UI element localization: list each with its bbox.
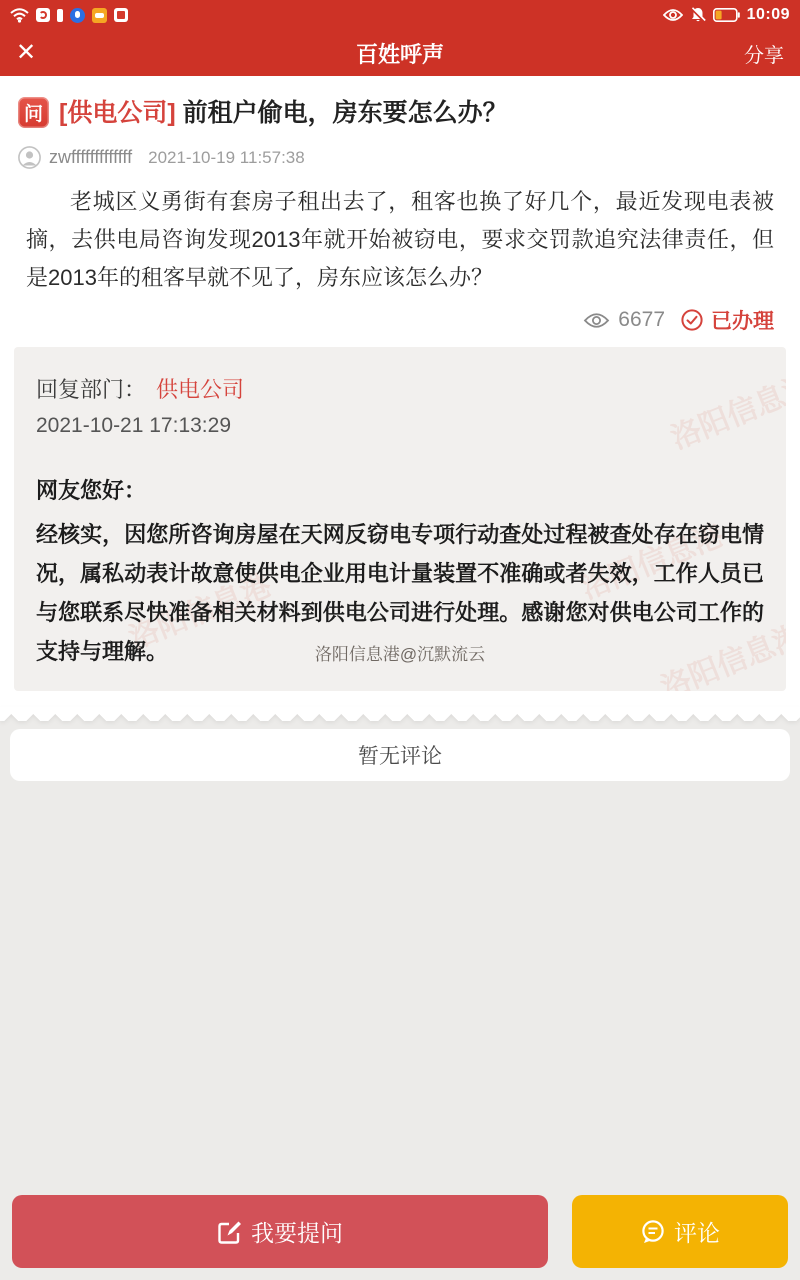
- eye-protection-icon: [663, 8, 683, 22]
- reply-dept-row: 回复部门：供电公司: [36, 373, 764, 404]
- question-stats: 6677 已办理: [0, 297, 800, 335]
- comment-button[interactable]: 评论: [572, 1195, 788, 1268]
- notification-game-icon: [92, 8, 107, 23]
- close-icon[interactable]: ✕: [16, 41, 36, 65]
- zigzag-edge: [0, 707, 800, 721]
- question-body: 老城区义勇街有套房子租出去了，租客也换了好几个，最近发现电表被摘，去供电局咨询发…: [0, 169, 800, 297]
- notification-location-icon: [70, 8, 85, 23]
- status-time: 10:09: [747, 6, 790, 24]
- share-button[interactable]: 分享: [744, 39, 784, 68]
- views-count: 6677: [618, 308, 665, 332]
- department-tag[interactable]: [供电公司]: [59, 99, 176, 127]
- reply-greeting: 网友您好：: [36, 474, 764, 505]
- status-bar-right: 10:09: [663, 6, 790, 24]
- battery-icon: [713, 8, 740, 22]
- question-title-text: 前租户偷电，房东要怎么办？: [183, 99, 508, 127]
- status-badge: 已办理: [711, 305, 774, 335]
- ask-question-label: 我要提问: [251, 1215, 343, 1248]
- compose-icon: [217, 1219, 243, 1245]
- notification-sync-icon: [36, 8, 50, 22]
- username: zwfffffffffffff: [49, 147, 132, 168]
- notification-app-icon: [114, 8, 128, 22]
- ask-question-button[interactable]: 我要提问: [12, 1195, 548, 1268]
- notification-bar-icon: [57, 9, 63, 22]
- footer-bar: 我要提问 评论: [0, 1195, 800, 1280]
- question-card: 问 [供电公司] 前租户偷电，房东要怎么办？ zwfffffffffffff 2…: [0, 76, 800, 707]
- reply-timestamp: 2021-10-21 17:13:29: [36, 414, 764, 438]
- reply-dept-label: 回复部门：: [36, 377, 146, 402]
- reply-box: 洛阳信息港 洛阳信息港 洛阳信息港 洛阳信息港 回复部门：供电公司 2021-1…: [14, 347, 786, 691]
- question-title-row: 问 [供电公司] 前租户偷电，房东要怎么办？: [0, 76, 800, 130]
- wifi-icon: [10, 8, 29, 23]
- question-timestamp: 2021-10-19 11:57:38: [148, 148, 305, 168]
- status-bar: 10:09: [0, 0, 800, 30]
- question-badge-icon: 问: [18, 97, 49, 128]
- status-bar-left: [10, 8, 128, 23]
- watermark-credit: 洛阳信息港@沉默流云: [315, 640, 485, 665]
- comment-label: 评论: [674, 1215, 720, 1248]
- reply-dept-name[interactable]: 供电公司: [156, 377, 244, 402]
- handled-check-icon: [681, 309, 703, 331]
- mute-icon: [690, 7, 706, 23]
- views-icon: [583, 312, 610, 329]
- avatar-icon: [18, 146, 41, 169]
- question-title: [供电公司] 前租户偷电，房东要怎么办？: [59, 96, 508, 130]
- nav-bar: ✕ 百姓呼声 分享: [0, 30, 800, 76]
- page-title: 百姓呼声: [0, 38, 800, 69]
- user-row: zwfffffffffffff 2021-10-19 11:57:38: [0, 130, 800, 169]
- card-tail: [0, 691, 800, 707]
- comment-bubble-icon: [640, 1219, 666, 1245]
- empty-area: [0, 781, 800, 1195]
- no-comments-bar: 暂无评论: [10, 729, 790, 781]
